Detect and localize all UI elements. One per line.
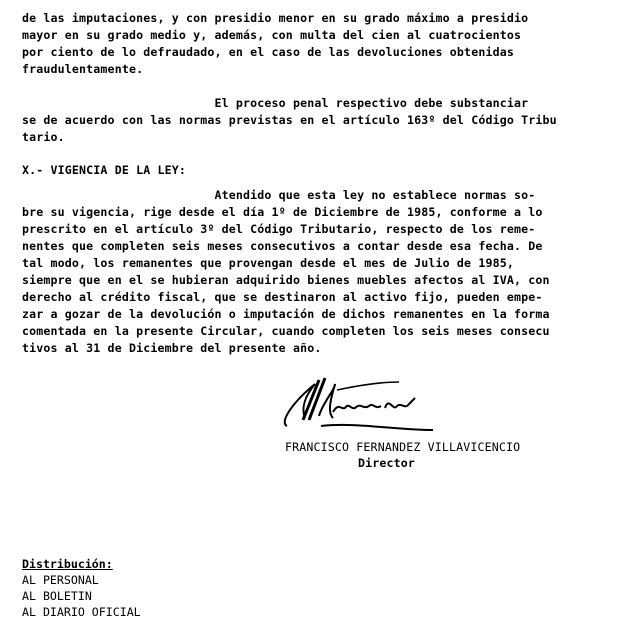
text-line: mayor en su grado medio y, además, con m… xyxy=(22,27,521,43)
distribution-title: Distribución: xyxy=(22,556,113,572)
distribution-item: AL DIARIO OFICIAL xyxy=(22,604,141,620)
text-line: por ciento de lo defraudado, en el caso … xyxy=(22,44,514,60)
text-line: tal modo, los remanentes que provengan d… xyxy=(22,255,514,271)
signatory-title: Director xyxy=(358,455,415,471)
text-line: comentada en la presente Circular, cuand… xyxy=(22,323,550,339)
signatory-name: FRANCISCO FERNANDEZ VILLAVICENCIO xyxy=(285,439,520,455)
text-line: derecho al crédito fiscal, que se destin… xyxy=(22,289,543,305)
text-line: Atendido que esta ley no establece norma… xyxy=(22,187,535,203)
text-line: se de acuerdo con las normas previstas e… xyxy=(22,112,557,128)
text-line: tario. xyxy=(22,129,65,145)
text-line: zar a gozar de la devolución o imputació… xyxy=(22,306,550,322)
distribution-item: AL BOLETIN xyxy=(22,588,92,604)
text-line: El proceso penal respectivo debe substan… xyxy=(22,95,528,111)
text-line: siempre que en el se hubieran adquirido … xyxy=(22,272,550,288)
text-line: prescrito en el artículo 3º del Código T… xyxy=(22,221,535,237)
text-line: tivos al 31 de Diciembre del presente añ… xyxy=(22,340,321,356)
text-line: nentes que completen seis meses consecut… xyxy=(22,238,543,254)
text-line: de las imputaciones, y con presidio meno… xyxy=(22,10,528,26)
section-heading: X.- VIGENCIA DE LA LEY: xyxy=(22,162,186,178)
text-line: bre su vigencia, rige desde el día 1º de… xyxy=(22,204,543,220)
text-line: fraudulentamente. xyxy=(22,61,143,77)
distribution-item: AL PERSONAL xyxy=(22,572,99,588)
signature-image xyxy=(275,372,435,434)
